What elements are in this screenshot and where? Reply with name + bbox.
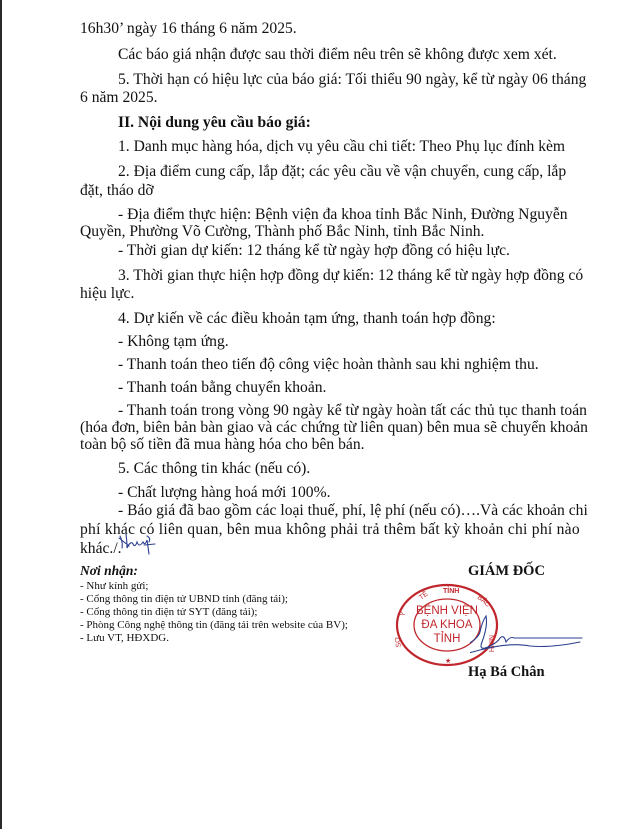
text-line: hiệu lực. bbox=[80, 285, 134, 303]
section-heading: II. Nội dung yêu cầu báo giá: bbox=[118, 114, 311, 132]
recipient-item: - Cổng thông tin điện tử UBND tỉnh (đăng… bbox=[80, 593, 288, 606]
text-line: 6 năm 2025. bbox=[80, 89, 158, 107]
signer-name: Hạ Bá Chân bbox=[468, 664, 545, 681]
text-line: toàn bộ số tiền đã mua hàng hóa cho bên … bbox=[80, 436, 365, 454]
director-signature bbox=[470, 612, 590, 672]
text-line: Quyền, Phường Võ Cường, Thành phố Bắc Ni… bbox=[80, 223, 484, 241]
recipient-item: - Lưu VT, HĐXDG. bbox=[80, 632, 169, 645]
text-line: - Báo giá đã bao gồm các loại thuế, phí,… bbox=[118, 502, 588, 520]
signer-position: GIÁM ĐỐC bbox=[468, 563, 545, 580]
text-line: - Thanh toán theo tiến độ công việc hoàn… bbox=[118, 356, 539, 374]
text-line: - Thanh toán trong vòng 90 ngày kể từ ng… bbox=[118, 402, 587, 420]
recipient-item: - Như kính gửi; bbox=[80, 580, 148, 593]
text-line: khác./. bbox=[80, 540, 122, 558]
text-line: 1. Danh mục hàng hóa, dịch vụ yêu cầu ch… bbox=[118, 138, 565, 156]
text-line: - Không tạm ứng. bbox=[118, 333, 229, 351]
text-line: đặt, tháo dỡ bbox=[80, 182, 154, 200]
text-line: 5. Các thông tin khác (nếu có). bbox=[118, 460, 310, 478]
svg-text:★: ★ bbox=[445, 657, 451, 665]
recipient-item: - Phòng Công nghệ thông tin (đăng tải tr… bbox=[80, 619, 348, 632]
text-line: - Thanh toán bằng chuyển khoản. bbox=[118, 379, 326, 397]
text-line: 4. Dự kiến về các điều khoản tạm ứng, th… bbox=[118, 310, 496, 328]
text-line: - Địa điểm thực hiện: Bệnh viện đa khoa … bbox=[118, 206, 568, 224]
document-page: 16h30’ ngày 16 tháng 6 năm 2025. Các báo… bbox=[0, 0, 634, 829]
text-line: 5. Thời hạn có hiệu lực của báo giá: Tối… bbox=[118, 71, 586, 89]
text-line: 2. Địa điểm cung cấp, lắp đặt; các yêu c… bbox=[118, 163, 566, 181]
svg-text:TỈNH: TỈNH bbox=[443, 586, 459, 595]
text-line: (hóa đơn, biên bản bàn giao và các chứng… bbox=[80, 419, 588, 437]
initials-signature bbox=[117, 528, 167, 558]
recipient-item: - Cổng thông tin điện tử SYT (đăng tải); bbox=[80, 606, 257, 619]
text-line: Các báo giá nhận được sau thời điểm nêu … bbox=[118, 46, 557, 64]
text-line: - Thời gian dự kiến: 12 tháng kể từ ngày… bbox=[118, 242, 510, 260]
recipients-title: Nơi nhận: bbox=[80, 563, 138, 579]
text-line: 16h30’ ngày 16 tháng 6 năm 2025. bbox=[80, 20, 297, 38]
text-line: - Chất lượng hàng hoá mới 100%. bbox=[118, 484, 330, 502]
text-line: 3. Thời gian thực hiện hợp đồng dự kiến:… bbox=[118, 267, 583, 285]
